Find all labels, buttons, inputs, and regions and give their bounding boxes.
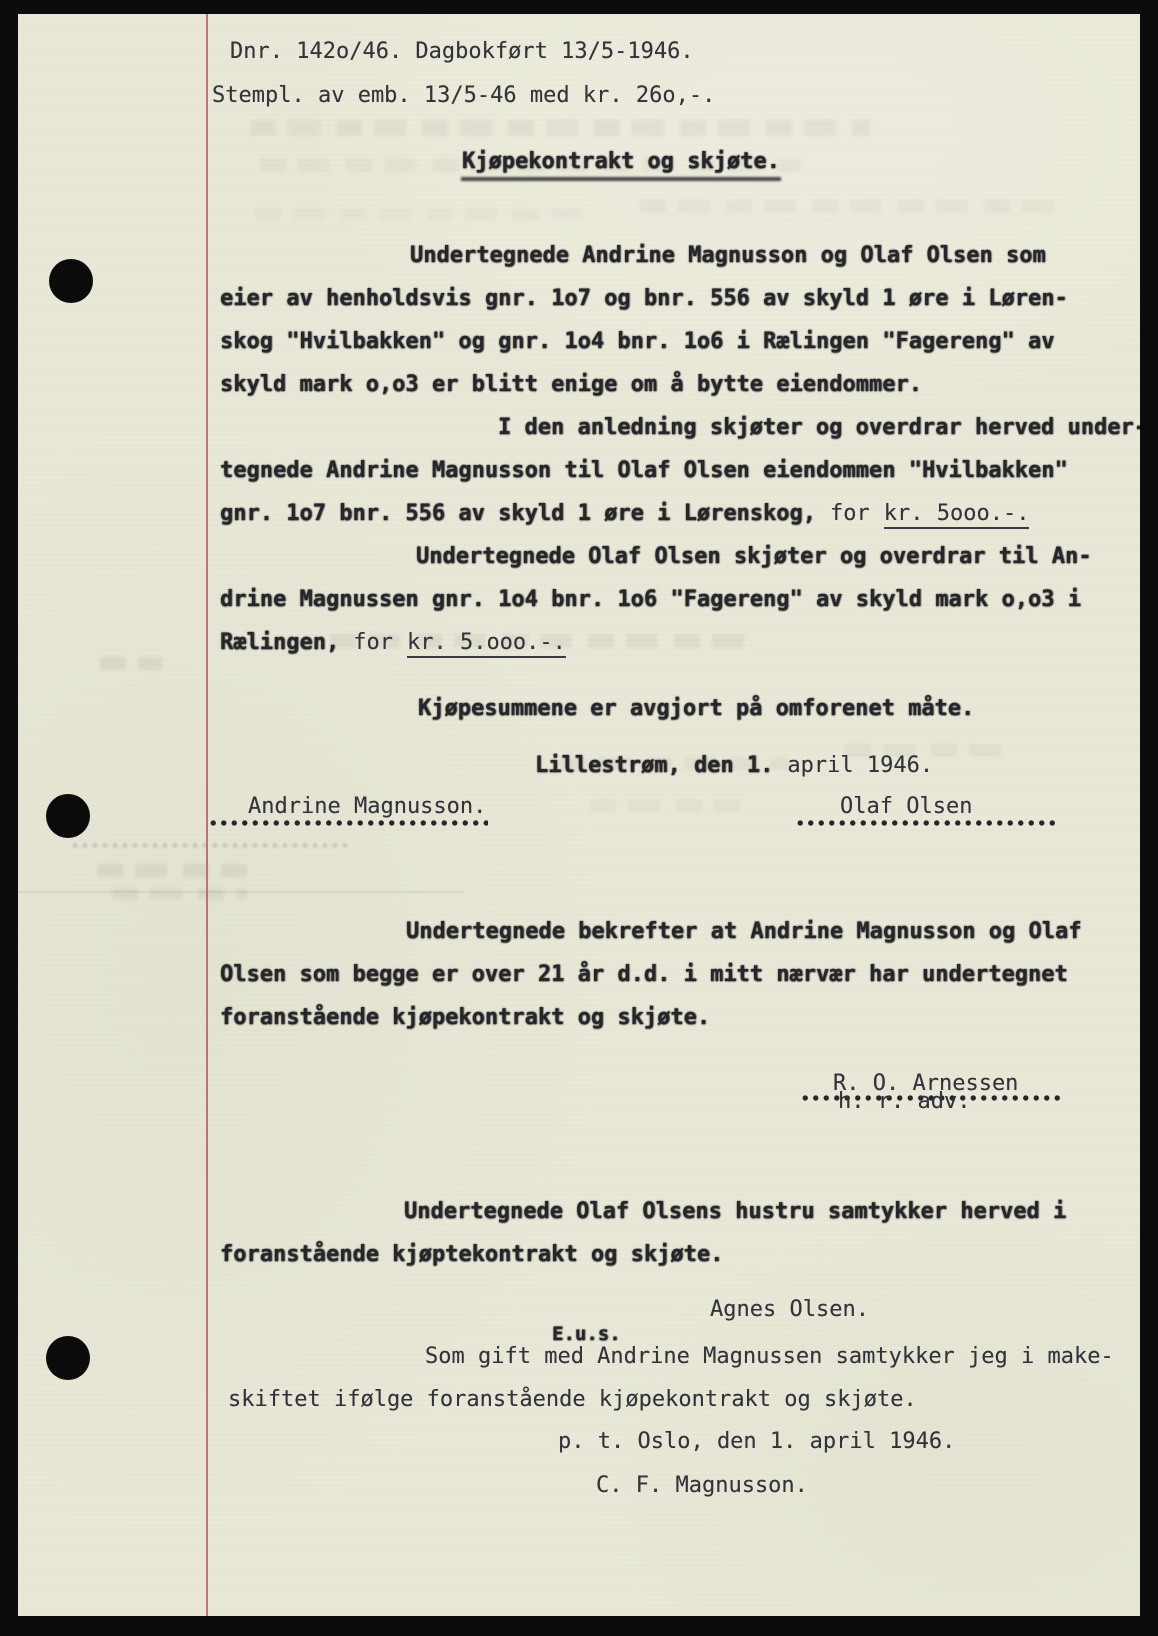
signature-dotted-line-right bbox=[795, 819, 1057, 827]
faint-rule-line bbox=[18, 891, 463, 893]
bleedthrough-smudge bbox=[590, 800, 740, 812]
bleedthrough-smudge bbox=[97, 864, 247, 877]
para1-line1: Undertegnede Andrine Magnusson og Olaf O… bbox=[410, 244, 1046, 268]
scan-border-bottom bbox=[0, 1616, 1158, 1636]
consent-line2: foranstående kjøptekontrakt og skjøte. bbox=[220, 1243, 723, 1267]
para3-line1: Undertegnede Olaf Olsen skjøter og overd… bbox=[416, 545, 1092, 569]
signature-andrine-magnusson: Andrine Magnusson. bbox=[248, 795, 486, 819]
title-underline bbox=[461, 177, 781, 181]
settlement-line: Kjøpesummene er avgjort på omforenet måt… bbox=[418, 697, 974, 721]
witness-line1: Undertegnede bekrefter at Andrine Magnus… bbox=[406, 920, 1082, 944]
para3-line3-text: Rælingen, bbox=[220, 630, 339, 655]
consent-line1: Undertegnede Olaf Olsens hustru samtykke… bbox=[404, 1200, 1066, 1224]
price2-prefix: for bbox=[353, 630, 393, 655]
para2-line3: gnr. 1o7 bnr. 556 av skyld 1 øre i Løren… bbox=[220, 502, 1029, 526]
punch-hole-top bbox=[49, 259, 93, 303]
bleedthrough-smudge bbox=[640, 200, 1060, 213]
dateline: Lillestrøm, den 1.april 1946. bbox=[535, 754, 933, 778]
price2-amount: kr. 5.ooo.-. bbox=[407, 630, 566, 658]
makeskifte-line1: Som gift med Andrine Magnussen samtykker… bbox=[425, 1345, 1114, 1369]
witness-line2: Olsen som begge er over 21 år d.d. i mit… bbox=[220, 963, 1068, 987]
eus-annotation: E.u.s. bbox=[552, 1322, 621, 1346]
oslo-dateline: p. t. Oslo, den 1. april 1946. bbox=[558, 1430, 955, 1454]
signature-cf-magnusson: C. F. Magnusson. bbox=[596, 1474, 808, 1498]
scan-border-left bbox=[0, 0, 18, 1636]
dateline-place: Lillestrøm, den 1. bbox=[535, 753, 773, 778]
para2-line2: tegnede Andrine Magnusson til Olaf Olsen… bbox=[220, 459, 1068, 483]
para3-line2: drine Magnussen gnr. 1o4 bnr. 1o6 "Fager… bbox=[220, 588, 1081, 612]
document-title: Kjøpekontrakt og skjøte. bbox=[462, 150, 780, 174]
bleedthrough-dotted-line bbox=[70, 842, 350, 849]
para1-line4: skyld mark o,o3 er blitt enige om å bytt… bbox=[220, 373, 922, 397]
header-stamp-line: Stempl. av emb. 13/5-46 med kr. 26o,-. bbox=[212, 84, 715, 108]
dateline-date: april 1946. bbox=[787, 753, 933, 778]
scan-border-top bbox=[0, 0, 1158, 14]
signature-dotted-line-left bbox=[208, 819, 488, 827]
punch-hole-bottom bbox=[46, 1336, 90, 1380]
price1-amount: kr. 5ooo.-. bbox=[884, 501, 1030, 529]
makeskifte-line2: skiftet ifølge foranstående kjøpekontrak… bbox=[228, 1388, 917, 1412]
scan-border-right bbox=[1140, 0, 1158, 1636]
para2-line3-text: gnr. 1o7 bnr. 556 av skyld 1 øre i Løren… bbox=[220, 501, 816, 526]
signature-olaf-olsen: Olaf Olsen bbox=[840, 795, 972, 819]
bleedthrough-smudge bbox=[250, 120, 870, 136]
para3-line3: Rælingen,forkr. 5.ooo.-. bbox=[220, 631, 566, 655]
bleedthrough-smudge bbox=[100, 657, 162, 670]
scanned-document-page: Dnr. 142o/46. Dagbokført 13/5-1946. Stem… bbox=[0, 0, 1158, 1636]
para1-line2: eier av henholdsvis gnr. 1o7 og bnr. 556… bbox=[220, 287, 1068, 311]
bleedthrough-smudge bbox=[112, 888, 247, 900]
price1-prefix: for bbox=[830, 501, 870, 526]
witness-line3: foranstående kjøpekontrakt og skjøte. bbox=[220, 1006, 710, 1030]
signature-agnes-olsen: Agnes Olsen. bbox=[710, 1298, 869, 1322]
punch-hole-middle bbox=[46, 794, 90, 838]
para2-line1: I den anledning skjøter og overdrar herv… bbox=[498, 416, 1147, 440]
para1-line3: skog "Hvilbakken" og gnr. 1o4 bnr. 1o6 i… bbox=[220, 330, 1054, 354]
header-journal-number: Dnr. 142o/46. Dagbokført 13/5-1946. bbox=[230, 40, 694, 64]
witness-signature-title: h. r. adv. bbox=[838, 1090, 970, 1114]
red-margin-line bbox=[206, 14, 208, 1616]
bleedthrough-smudge bbox=[255, 208, 585, 220]
